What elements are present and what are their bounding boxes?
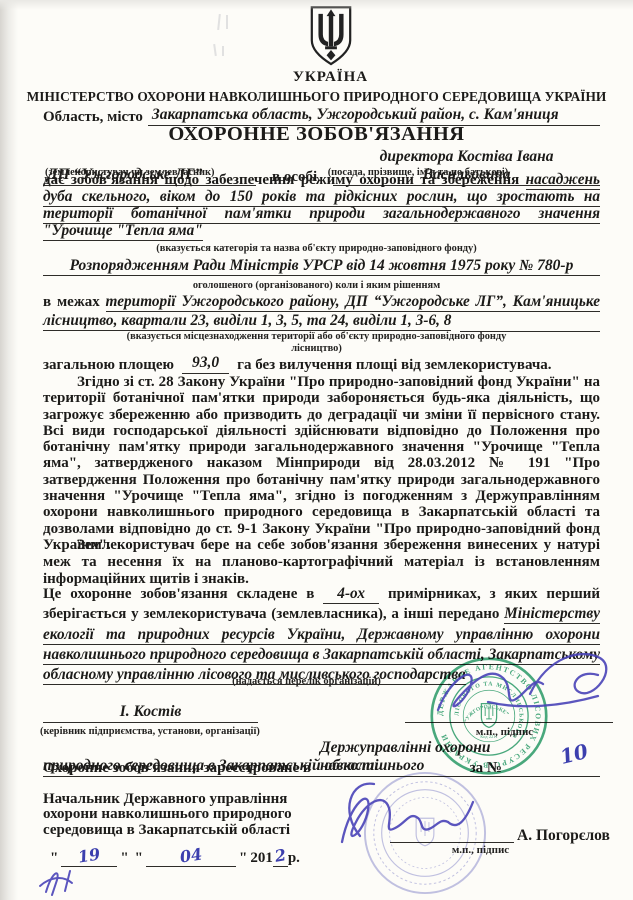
margin-scribble (36, 864, 92, 898)
boundaries-label: в межах (43, 294, 100, 310)
copies-count: 4-ох (323, 585, 379, 604)
decree-value: Розпорядженням Ради Міністрів УРСР від 1… (70, 257, 574, 275)
green-stamp-code-text: Код 2211 (480, 734, 497, 739)
decree-line: Розпорядженням Ради Міністрів УРСР від 1… (43, 257, 600, 276)
decree-caption: оголошеного (організованого) коли і яким… (0, 280, 633, 291)
date-month-handwritten: 04 (178, 844, 203, 866)
document-header: УКРАЇНА МІНІСТЕРСТВО ОХОРОНИ НАВКОЛИШНЬО… (0, 5, 633, 105)
official-name: А. Погорєлов (517, 827, 610, 845)
blank-line-extension (460, 315, 600, 332)
quote-mark: " (236, 850, 250, 866)
registration-number-handwritten: 10 (558, 739, 591, 769)
area-pre: загальною площею (43, 357, 174, 374)
date-year-handwritten: 2 (273, 845, 287, 866)
country-name: УКРАЇНА (14, 69, 633, 86)
director-signature-line: І. Костів (43, 703, 258, 723)
quote-mark: " (117, 850, 131, 866)
boundaries-caption-line1: (вказується місцезнаходження території а… (0, 331, 633, 342)
date-year-slot: 2 (273, 847, 288, 867)
scanned-document-page: УКРАЇНА МІНІСТЕРСТВО ОХОРОНИ НАВКОЛИШНЬО… (0, 0, 633, 900)
area-value: 93,0 (182, 354, 229, 374)
date-year-printed: 201 (250, 850, 273, 866)
obligation-lead: дає зобов'язання щодо забезпечення режим… (43, 172, 519, 188)
law-paragraph: Згідно зі ст. 28 Закону України "Про при… (43, 374, 600, 553)
date-month-slot: 04 (146, 847, 236, 867)
area-line: загальною площею 93,0 га без вилучення п… (43, 354, 600, 374)
signature-flourish-top (430, 648, 622, 732)
copies-pre: Це охоронне зобов'язання складене в (43, 586, 314, 602)
boundaries-caption-line2: лісництво) (0, 343, 633, 354)
landuser-paragraph: Землекористувач бере на себе зобов'язанн… (43, 537, 600, 588)
obligation-paragraph: дає зобов'язання щодо забезпечення режим… (43, 172, 600, 240)
official-title: Начальник Державного управління охорони … (43, 792, 305, 838)
director-caption: (керівник підприємства, установи, органі… (40, 726, 270, 737)
obligation-object-name: "Урочище "Тепла яма" (43, 222, 203, 241)
ukraine-trident-emblem (300, 5, 362, 67)
obligation-caption: (вказується категорія та назва об'єкту п… (0, 243, 633, 254)
quote-mark: " (132, 850, 146, 866)
date-suffix: р. (288, 850, 300, 866)
ministry-name: МІНІСТЕРСТВО ОХОРОНИ НАВКОЛИШНЬОГО ПРИРО… (0, 89, 633, 105)
signature-flourish-bottom (330, 770, 486, 868)
document-title: ОХОРОННЕ ЗОБОВ'ЯЗАННЯ (0, 123, 633, 146)
director-name: І. Костів (120, 703, 182, 721)
area-post: га без вилучення площі від землекористув… (237, 357, 551, 374)
